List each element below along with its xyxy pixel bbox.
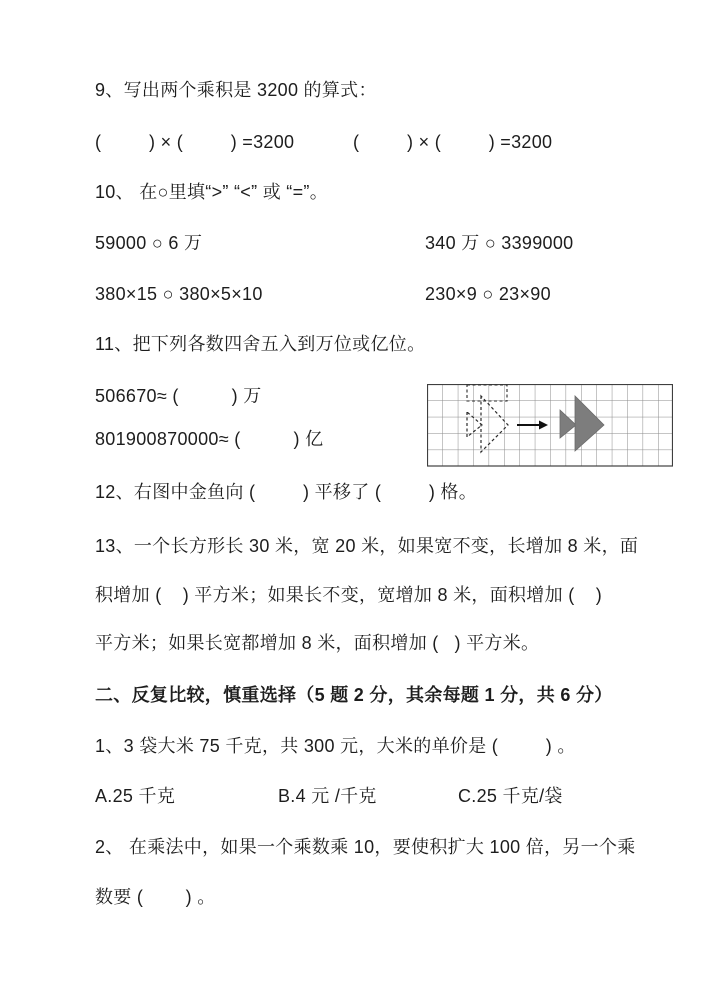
q12-line: 12、右图中金鱼向 ( ) 平移了 ( ) 格。 — [95, 481, 477, 503]
q10-row2-right: 230×9 ○ 23×90 — [425, 283, 551, 305]
s2q1-line: 1、3 袋大米 75 千克，共 300 元，大米的单价是 ( ) 。 — [95, 735, 576, 757]
q11-line2: 801900870000≈ ( ) 亿 — [95, 428, 323, 450]
q11-line1: 506670≈ ( ) 万 — [95, 385, 262, 407]
goldfish-translation-figure — [427, 384, 673, 467]
q10-row2-left: 380×15 ○ 380×5×10 — [95, 283, 263, 305]
goldfish-figure-svg — [427, 384, 673, 467]
q13-line1: 13、一个长方形长 30 米，宽 20 米，如果宽不变，长增加 8 米，面 — [95, 535, 638, 557]
q13-line2: 积增加 ( ) 平方米；如果长不变，宽增加 8 米，面积增加 ( ) — [95, 584, 602, 606]
s2q2-line2: 数要 ( ) 。 — [95, 886, 216, 908]
q9-title: 9、写出两个乘积是 3200 的算式： — [95, 79, 377, 101]
s2q1-option-c: C.25 千克/袋 — [458, 785, 563, 807]
s2q1-option-b: B.4 元 /千克 — [278, 785, 377, 807]
q9-equation-1: ( ) × ( ) =3200 — [95, 131, 294, 153]
q10-row1-left: 59000 ○ 6 万 — [95, 232, 202, 254]
grid-background — [427, 384, 673, 466]
q10-row1-right: 340 万 ○ 3399000 — [425, 232, 573, 254]
q9-equation-2: ( ) × ( ) =3200 — [353, 131, 552, 153]
q13-line3: 平方米；如果长宽都增加 8 米，面积增加 ( ) 平方米。 — [95, 632, 539, 654]
s2q1-option-a: A.25 千克 — [95, 785, 175, 807]
s2q2-line1: 2、 在乘法中，如果一个乘数乘 10，要使积扩大 100 倍，另一个乘 — [95, 836, 636, 858]
q10-title: 10、 在○里填“>” “<” 或 “=”。 — [95, 181, 328, 203]
q11-title: 11、把下列各数四舍五入到万位或亿位。 — [95, 333, 425, 355]
worksheet-page: 9、写出两个乘积是 3200 的算式： ( ) × ( ) =3200 ( ) … — [0, 0, 718, 1001]
section2-heading: 二、反复比较，慎重选择（5 题 2 分，其余每题 1 分，共 6 分） — [95, 684, 613, 706]
